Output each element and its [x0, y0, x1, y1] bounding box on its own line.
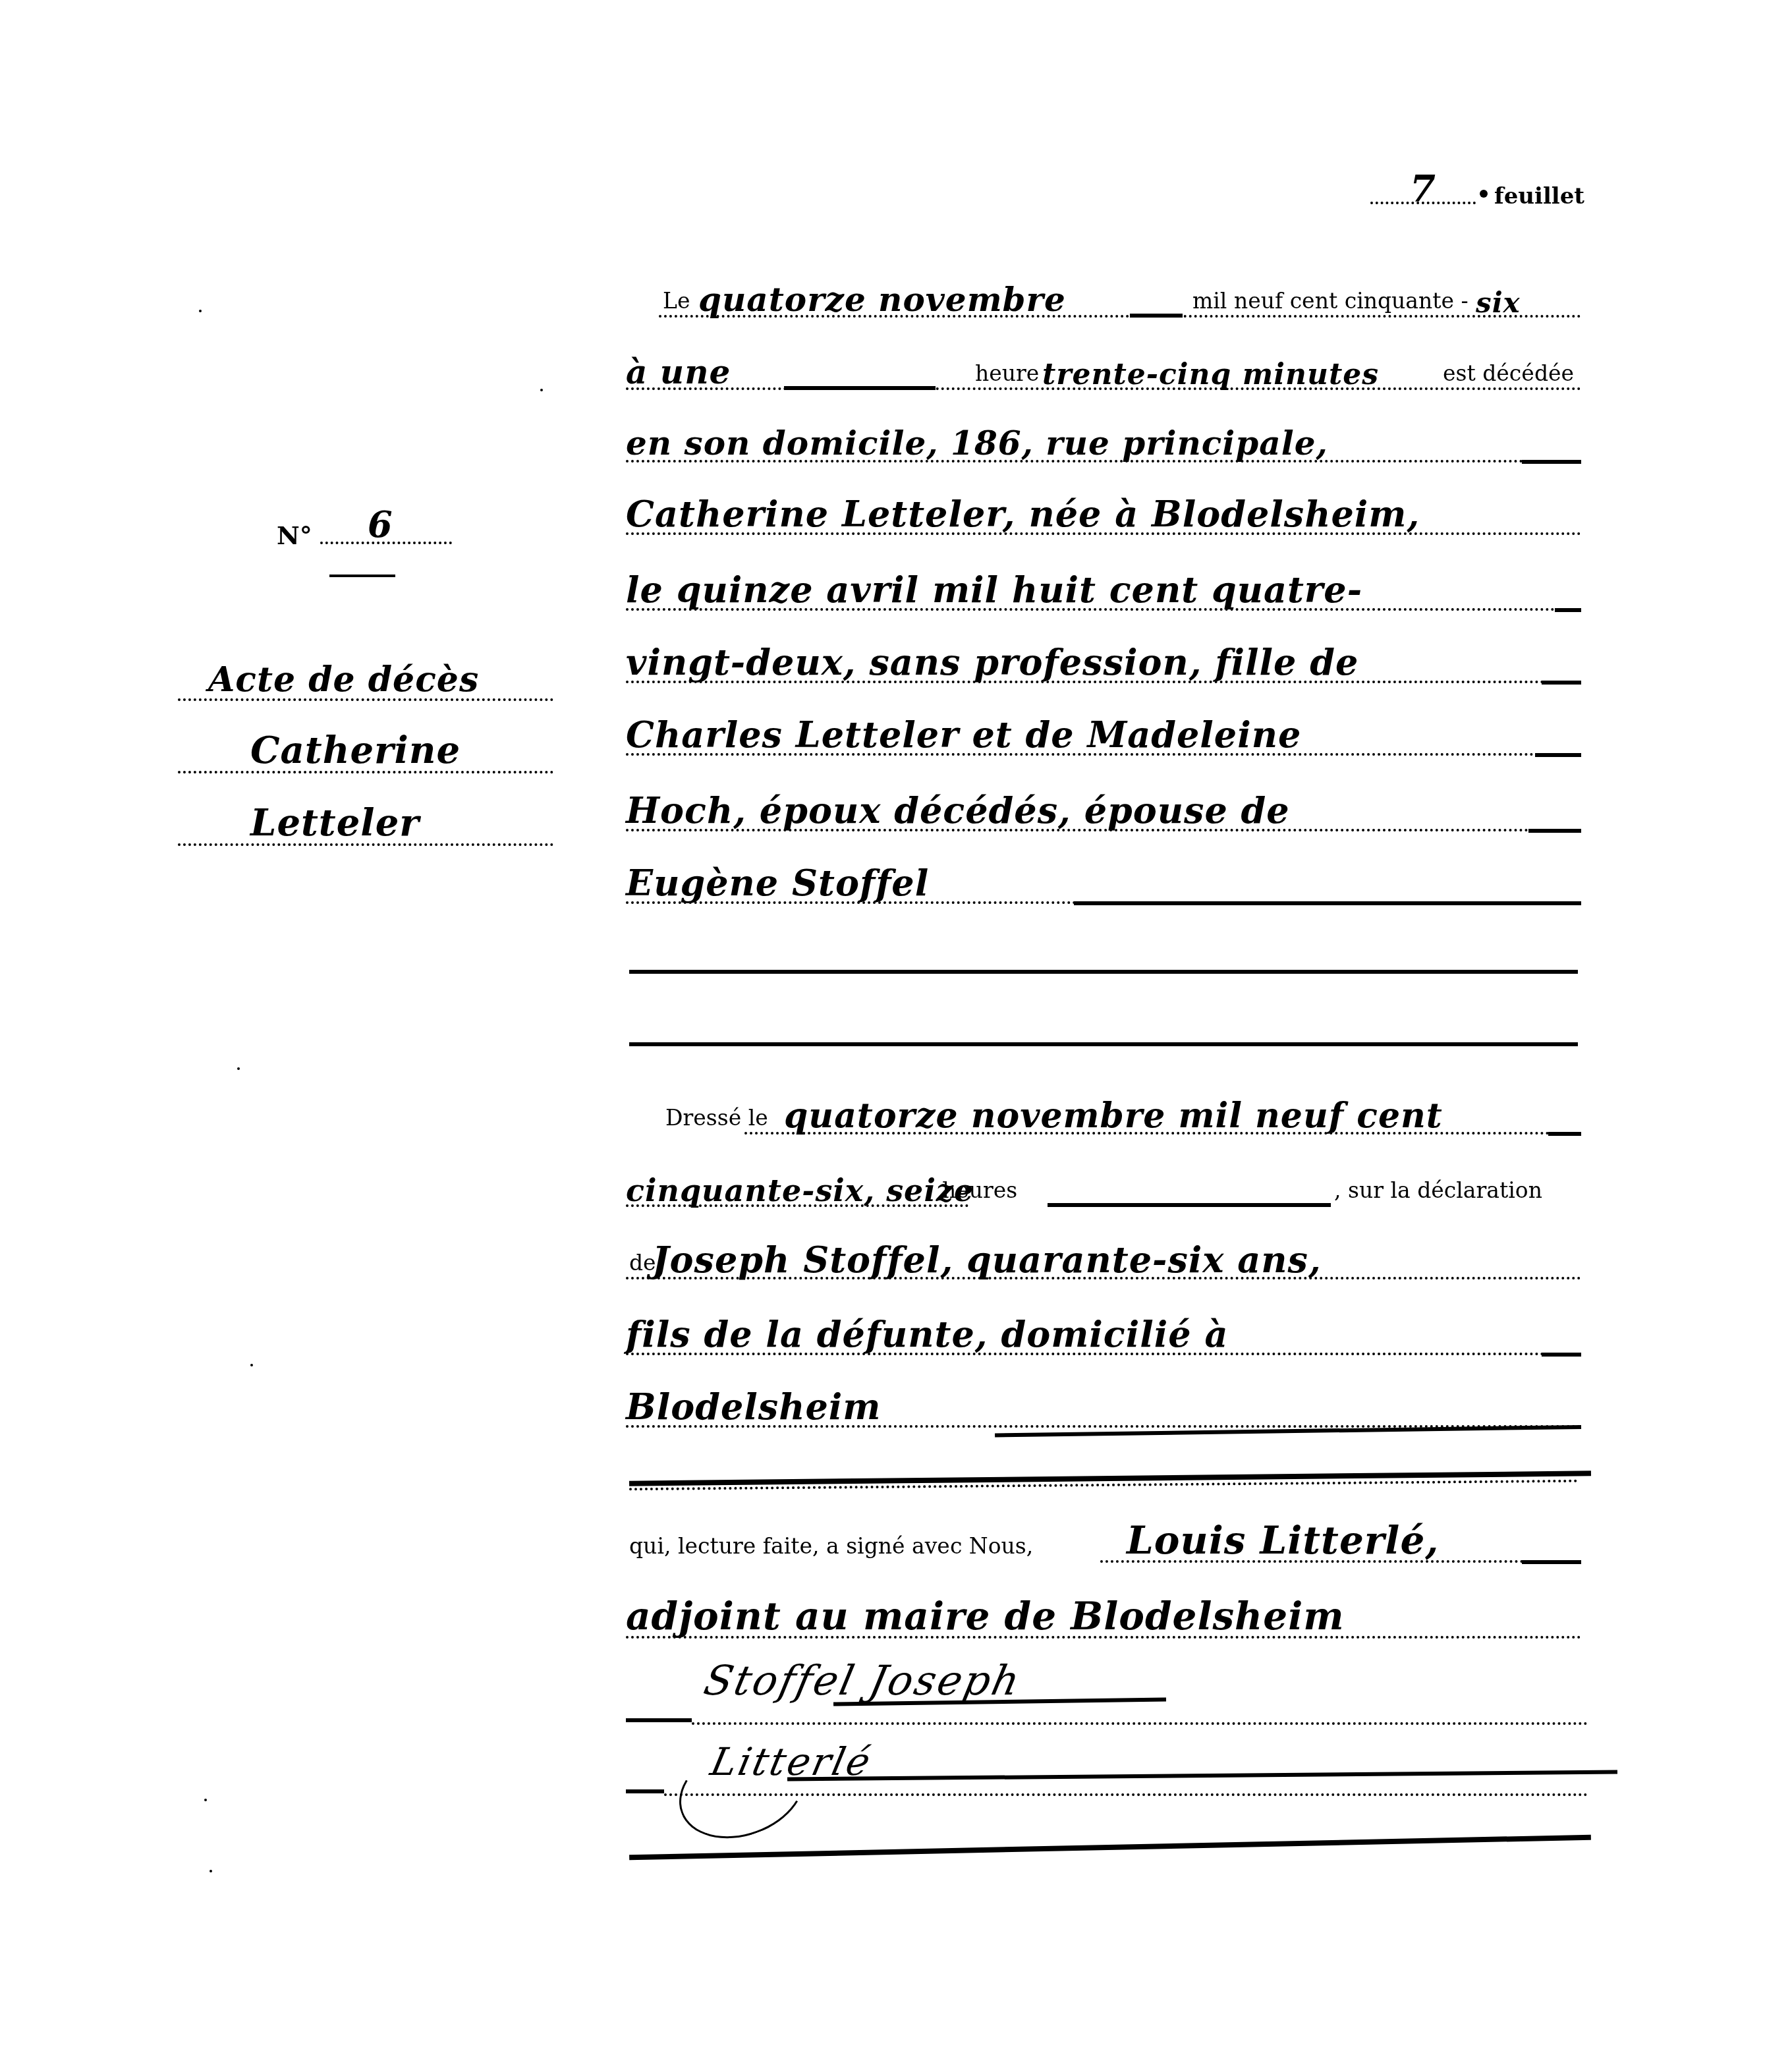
death-hour: à une — [626, 352, 731, 391]
death-minutes: trente-cinq minutes — [1042, 358, 1379, 391]
scan-speck — [199, 310, 202, 312]
drawn-line-5: Blodelsheim — [626, 1380, 1581, 1433]
scan-speck — [210, 1870, 212, 1872]
death-date: quatorze novembre — [698, 280, 1066, 319]
scan-speck — [540, 389, 543, 391]
deceased-last-name: Letteler — [250, 801, 420, 845]
officer-signature-line: Litterlé — [626, 1739, 1588, 1845]
blank-rule — [629, 970, 1578, 974]
place-of-death: en son domicile, 186, rue principale, — [626, 424, 1328, 463]
deceased-name-birthplace: Catherine Letteler, née à Blodelsheim, — [626, 493, 1420, 535]
officer-signature: Litterlé — [707, 1739, 876, 1784]
officer-title: adjoint au maire de Blodelsheim — [626, 1594, 1345, 1639]
declarant-signature-line: Stoffel Joseph — [626, 1660, 1588, 1733]
death-line-9: Eugène Stoffel — [626, 856, 1581, 909]
birth-year-profession: vingt-deux, sans profession, fille de — [626, 641, 1358, 683]
number-separator — [329, 575, 395, 577]
drawn-year-hour: cinquante-six, seize — [626, 1173, 974, 1208]
scan-speck — [250, 1364, 253, 1366]
sheet-label: feuillet — [1494, 183, 1584, 210]
number-label: N° — [277, 520, 312, 550]
sheet-header: 7 feuillet — [1370, 173, 1581, 212]
parents: Charles Letteler et de Madeleine — [626, 714, 1301, 756]
birth-date: le quinze avril mil huit cent quatre- — [626, 569, 1362, 611]
drawn-line-4: fils de la défunte, domicilié à — [626, 1308, 1581, 1361]
scan-speck — [204, 1799, 207, 1801]
death-line-3: en son domicile, 186, rue principale, — [626, 415, 1581, 468]
act-type: Acte de décès — [208, 660, 479, 700]
signing-line-1: qui, lecture faite, a signé avec Nous, L… — [626, 1515, 1581, 1568]
signing-line-2: adjoint au maire de Blodelsheim — [626, 1591, 1581, 1644]
act-title-block: Acte de décès Catherine Letteler — [178, 652, 560, 850]
death-year-suffix: six — [1476, 287, 1521, 319]
death-line-7: Charles Letteler et de Madeleine — [626, 708, 1581, 761]
spouse-name: Eugène Stoffel — [626, 862, 929, 904]
bullet-icon — [1480, 190, 1488, 198]
declarant: Joseph Stoffel, quarante-six ans, — [652, 1239, 1322, 1281]
act-title-line: Letteler — [178, 797, 553, 850]
act-number: 6 — [368, 503, 393, 546]
blank-rule — [629, 1042, 1578, 1046]
declarant-relation: fils de la défunte, domicilié à — [626, 1313, 1228, 1355]
death-line-1: Le quatorze novembre mil neuf cent cinqu… — [626, 270, 1581, 323]
declarant-residence: Blodelsheim — [626, 1386, 881, 1428]
death-line-6: vingt-deux, sans profession, fille de — [626, 636, 1581, 688]
death-line-4: Catherine Letteler, née à Blodelsheim, — [626, 488, 1581, 540]
declarant-signature: Stoffel Joseph — [700, 1656, 1026, 1704]
death-line-2: à une heure trente-cinq minutes est décé… — [626, 343, 1581, 395]
death-line-8: Hoch, époux décédés, épouse de — [626, 784, 1581, 837]
death-line-5: le quinze avril mil huit cent quatre- — [626, 563, 1581, 616]
officer-name: Louis Litterlé, — [1127, 1518, 1440, 1563]
scan-speck — [237, 1067, 240, 1070]
parents-status-spouse: Hoch, époux décédés, épouse de — [626, 789, 1290, 831]
sheet-number: 7 — [1410, 167, 1436, 211]
drawn-line-3: de Joseph Stoffel, quarante-six ans, — [626, 1232, 1581, 1285]
act-title-line: Acte de décès — [178, 652, 553, 705]
act-number-block: N° 6 — [270, 507, 468, 586]
drawn-line-1: Dressé le quatorze novembre mil neuf cen… — [626, 1087, 1581, 1140]
deceased-first-name: Catherine — [250, 729, 461, 772]
drawn-date: quatorze novembre mil neuf cent — [784, 1096, 1443, 1136]
act-title-line: Catherine — [178, 725, 553, 777]
drawn-line-2: cinquante-six, seize heures , sur la déc… — [626, 1160, 1581, 1212]
